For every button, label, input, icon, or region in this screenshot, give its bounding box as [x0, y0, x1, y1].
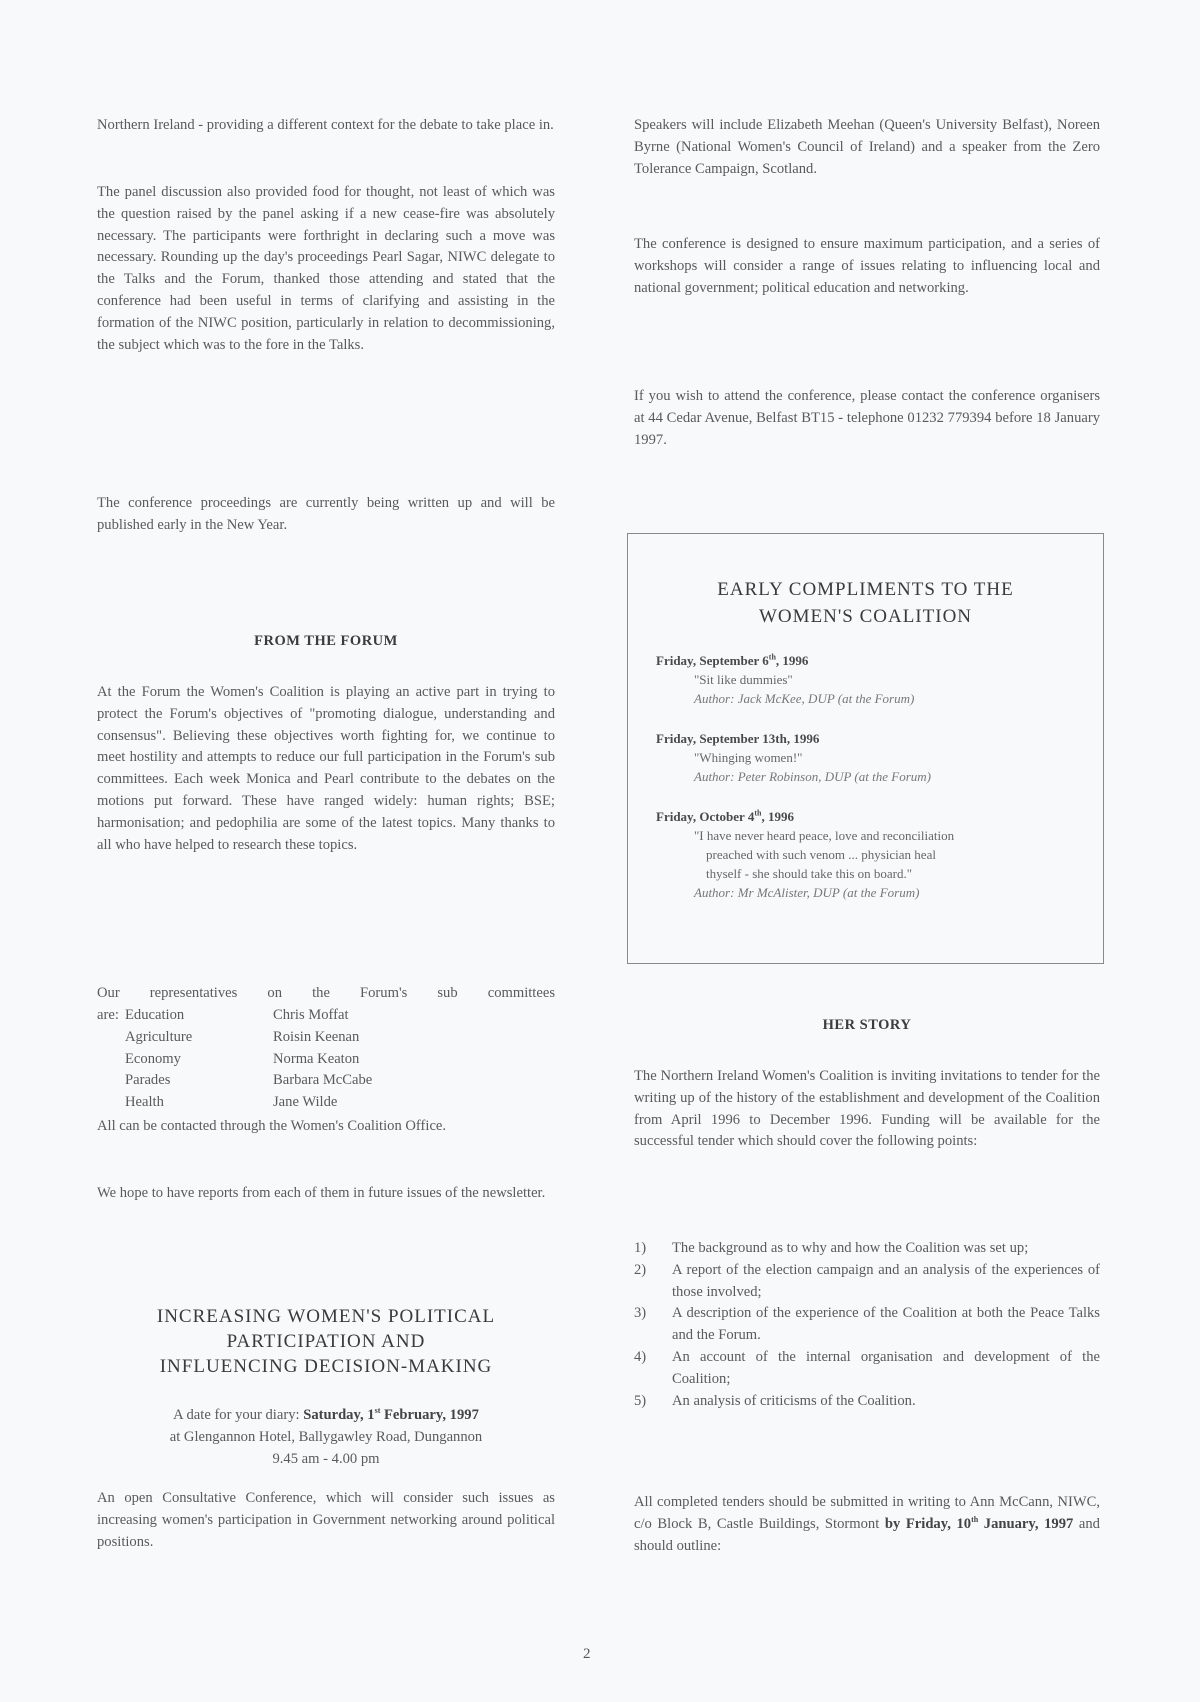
her-story-heading: HER STORY [634, 1017, 1100, 1034]
list-item: 4) An account of the internal organisati… [634, 1347, 1100, 1391]
reps-intro: Our representatives on the Forum's sub c… [97, 983, 555, 1005]
compliment-entry: Friday, October 4th, 1996 "I have never … [656, 807, 1083, 902]
time-line: 9.45 am - 4.00 pm [97, 1449, 555, 1471]
forum-paragraph: At the Forum the Women's Coalition is pl… [97, 682, 555, 856]
compliment-entry: Friday, September 13th, 1996 "Whinging w… [656, 729, 1083, 786]
page-number: 2 [583, 1646, 591, 1663]
her-story-intro: The Northern Ireland Women's Coalition i… [634, 1066, 1100, 1153]
submission-deadline: by Friday, 10 [885, 1516, 971, 1532]
reps-lead: are: [97, 1005, 125, 1027]
list-item: 2) A report of the election campaign and… [634, 1260, 1100, 1304]
rep-name: Chris Moffat [273, 1005, 349, 1027]
diary-line: A date for your diary: Saturday, 1st Feb… [97, 1405, 555, 1427]
rep-committee: Economy [125, 1049, 273, 1071]
rep-committee: Education [125, 1005, 273, 1027]
submission-paragraph: All completed tenders should be submitte… [634, 1492, 1100, 1557]
venue-line: at Glengannon Hotel, Ballygawley Road, D… [97, 1427, 555, 1449]
rep-row: Parades Barbara McCabe [97, 1070, 555, 1092]
her-story-points: 1) The background as to why and how the … [634, 1238, 1100, 1412]
conference-description: An open Consultative Conference, which w… [97, 1488, 555, 1553]
conference-heading: INCREASING WOMEN'S POLITICAL PARTICIPATI… [97, 1304, 555, 1379]
forum-heading-wrap: FROM THE FORUM [97, 633, 555, 650]
rep-committee: Parades [125, 1070, 273, 1092]
compliments-heading: EARLY COMPLIMENTS TO THE WOMEN'S COALITI… [628, 576, 1103, 630]
representatives-list: are: Education Chris Moffat Agriculture … [97, 1005, 555, 1114]
list-item: 1) The background as to why and how the … [634, 1238, 1100, 1260]
rep-name: Norma Keaton [273, 1049, 359, 1071]
compliments-box: EARLY COMPLIMENTS TO THE WOMEN'S COALITI… [627, 533, 1104, 964]
rep-row: Economy Norma Keaton [97, 1049, 555, 1071]
speakers-paragraph: Speakers will include Elizabeth Meehan (… [634, 115, 1100, 180]
list-item: 3) A description of the experience of th… [634, 1303, 1100, 1347]
rep-row: are: Education Chris Moffat [97, 1005, 555, 1027]
rep-name: Roisin Keenan [273, 1027, 359, 1049]
forum-heading: FROM THE FORUM [97, 633, 555, 650]
her-story-heading-wrap: HER STORY [634, 1017, 1100, 1034]
panel-paragraph: The panel discussion also provided food … [97, 182, 555, 356]
rep-name: Jane Wilde [273, 1092, 337, 1114]
contact-note: All can be contacted through the Women's… [97, 1116, 555, 1138]
rep-row: Health Jane Wilde [97, 1092, 555, 1114]
reports-note: We hope to have reports from each of the… [97, 1183, 555, 1205]
list-item: 5) An analysis of criticisms of the Coal… [634, 1391, 1100, 1413]
rep-committee: Health [125, 1092, 273, 1114]
design-paragraph: The conference is designed to ensure max… [634, 234, 1100, 299]
compliment-entry: Friday, September 6th, 1996 "Sit like du… [656, 651, 1083, 708]
rep-row: Agriculture Roisin Keenan [97, 1027, 555, 1049]
intro-continuation: Northern Ireland - providing a different… [97, 115, 555, 137]
rep-name: Barbara McCabe [273, 1070, 372, 1092]
attend-paragraph: If you wish to attend the conference, pl… [634, 386, 1100, 451]
proceedings-paragraph: The conference proceedings are currently… [97, 493, 555, 537]
rep-committee: Agriculture [125, 1027, 273, 1049]
conference-date-block: A date for your diary: Saturday, 1st Feb… [97, 1405, 555, 1470]
